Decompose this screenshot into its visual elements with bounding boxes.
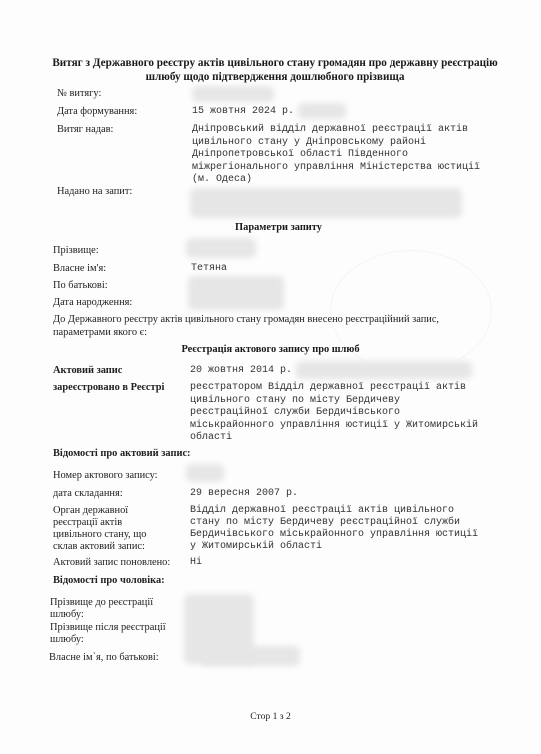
registry-note-line-1: До Державного реєстру актів цивільного с… bbox=[53, 314, 439, 327]
surname-after-label-line-1: Прізвище після реєстрації bbox=[50, 622, 166, 635]
redacted-record-number bbox=[186, 464, 224, 482]
surname-before-label-line-2: шлюбу: bbox=[50, 609, 84, 622]
surname-before-label-line-1: Прізвище до реєстрації bbox=[50, 597, 153, 610]
active-record-value: 20 жовтня 2014 р. bbox=[190, 365, 292, 378]
title-line-2: шлюбу щодо підтвердження дошлюбного пріз… bbox=[40, 70, 510, 84]
issued-by-label: Витяг надав: bbox=[57, 124, 113, 137]
redacted-extract-number bbox=[192, 86, 274, 102]
registered-in-line: реєстраційної служби Бердичівського bbox=[190, 407, 400, 420]
compile-date-label: дата складання: bbox=[53, 488, 123, 501]
record-number-label: Номер актового запису: bbox=[53, 470, 158, 483]
surname-after-label-line-2: шлюбу: bbox=[50, 634, 84, 647]
registry-note-line-2: параметрами якого є: bbox=[53, 327, 147, 340]
authority-label-line: цивільного стану, що bbox=[53, 529, 146, 542]
name-patronymic-label: Власне ім`я, по батькові: bbox=[49, 652, 159, 665]
issued-by-line: цивільного стану у Дніпровському районі bbox=[192, 137, 426, 150]
authority-value-line: стану по місту Бердичеву реєстраційної с… bbox=[190, 517, 460, 530]
extract-number-label: № витягу: bbox=[57, 88, 101, 101]
authority-label-line: Орган державної bbox=[53, 505, 128, 518]
redacted-surname bbox=[186, 238, 256, 258]
document-title: Витяг з Державного реєстру актів цивільн… bbox=[40, 56, 510, 84]
registration-heading: Реєстрація актового запису про шлюб bbox=[0, 344, 541, 356]
page-number: Стор 1 з 2 bbox=[0, 711, 541, 722]
redacted-requester bbox=[190, 188, 462, 218]
issued-by-line: (м. Одеса) bbox=[192, 174, 252, 187]
issued-by-line: Дніпропетровської області Південного bbox=[192, 149, 408, 162]
issued-by-line: Дніпровський відділ державної реєстрації… bbox=[192, 124, 468, 137]
redacted-formation-time bbox=[298, 103, 346, 119]
authority-value-line: Відділ державної реєстрації актів цивіль… bbox=[190, 505, 454, 518]
registered-in-line: області bbox=[190, 432, 232, 445]
patronymic-label: По батькові: bbox=[53, 280, 108, 293]
issued-by-line: міжрегіонального управління Міністерства… bbox=[192, 162, 480, 175]
compile-date-value: 29 вересня 2007 р. bbox=[190, 488, 298, 501]
given-name-label: Власне ім'я: bbox=[53, 263, 106, 276]
redacted-husband-name bbox=[200, 646, 300, 666]
formation-date-label: Дата формування: bbox=[57, 106, 137, 119]
active-record-label: Актовий запис bbox=[53, 365, 122, 378]
husband-info-heading: Відомості про чоловіка: bbox=[53, 575, 165, 588]
birth-date-label: Дата народження: bbox=[53, 297, 132, 310]
registered-in-line: міськрайонного управління юстиції у Жито… bbox=[190, 420, 478, 433]
redacted-record-details bbox=[296, 361, 472, 379]
authority-value-line: Бердичівського міськрайонного управління… bbox=[190, 529, 478, 542]
provided-on-request-label: Надано на запит: bbox=[57, 186, 132, 199]
renewed-label: Актовий запис поновлено: bbox=[53, 557, 170, 570]
registered-in-line: реєстратором Відділ державної реєстрації… bbox=[190, 382, 466, 395]
registered-in-line: цивільного стану по місту Бердичеву bbox=[190, 395, 400, 408]
renewed-value: Ні bbox=[190, 557, 202, 570]
title-line-1: Витяг з Державного реєстру актів цивільн… bbox=[40, 56, 510, 70]
authority-value-line: у Житомирській області bbox=[190, 541, 322, 554]
document-page: Витяг з Державного реєстру актів цивільн… bbox=[0, 0, 541, 754]
registered-in-label: зареєстровано в Реєстрі bbox=[53, 382, 164, 395]
redacted-patronymic-birthdate bbox=[188, 276, 284, 310]
authority-label-line: реєстрації актів bbox=[53, 517, 122, 530]
authority-label-line: склав актовий запис: bbox=[53, 541, 145, 554]
formation-date-value: 15 жовтня 2024 р. bbox=[192, 106, 294, 119]
surname-label: Прізвище: bbox=[53, 245, 99, 258]
record-info-heading: Відомості про актовий запис: bbox=[53, 448, 191, 461]
given-name-value: Тетяна bbox=[191, 263, 227, 276]
request-params-heading: Параметри запиту bbox=[8, 222, 541, 234]
